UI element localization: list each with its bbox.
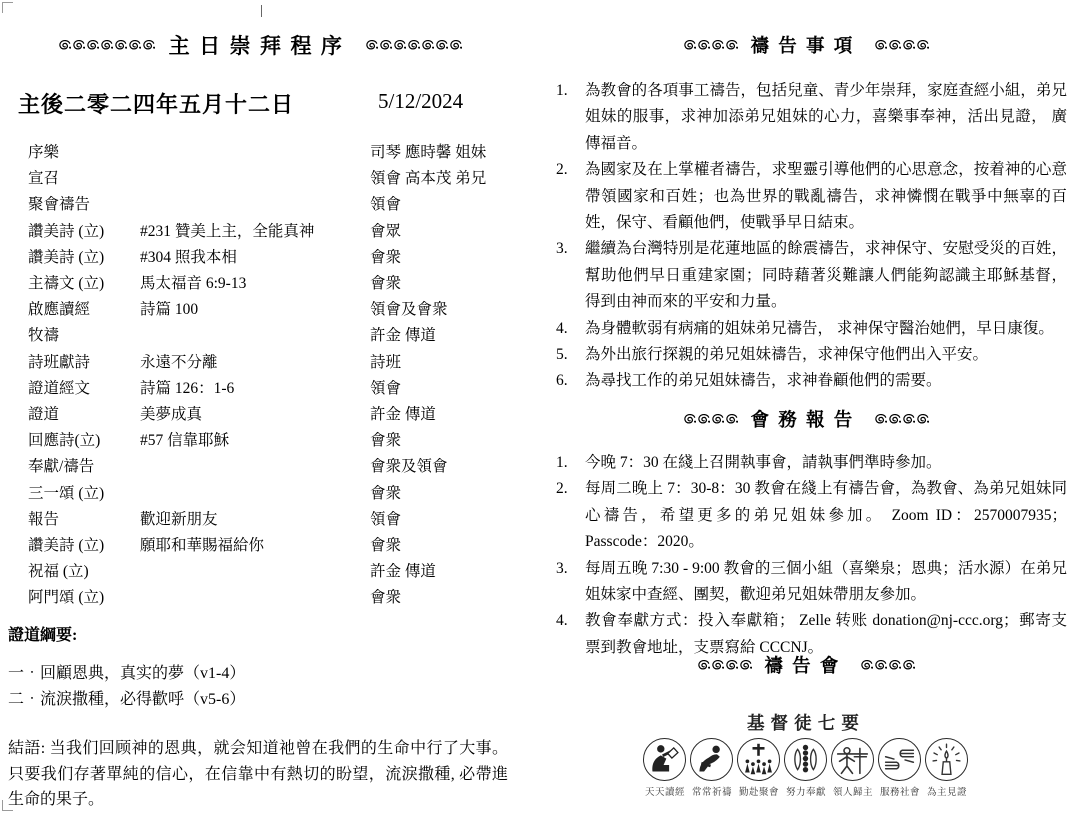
sermon-outline-heading: 證道綱要: [8, 622, 77, 645]
program-who: 司琴 應時馨 姐妹 [370, 140, 512, 166]
table-row: 牧禱許金 傳道 [28, 323, 512, 349]
prayer-items-list: 1.為教會的各項事工禱告，包括兒童、青少年崇拜，家庭查經小組，弟兄姐妹的服事，求… [545, 78, 1067, 395]
list-item: 5.為外出旅行探親的弟兄姐妹禱告，求神保守他們出入平安。 [545, 342, 1067, 368]
swirl-ornament-row [874, 39, 929, 51]
swirl-ornament-icon [365, 39, 378, 51]
item-number: 1. [545, 78, 585, 157]
swirl-ornament-icon [100, 39, 113, 51]
program-detail: #231 贊美上主，全能真神 [140, 219, 370, 245]
program-detail [140, 454, 370, 480]
swirl-ornament-icon [449, 39, 462, 51]
section-title: 禱告事項 [750, 32, 861, 58]
swirl-ornament-row [683, 413, 738, 425]
seven-item [831, 738, 876, 781]
swirl-ornament-icon [725, 39, 738, 51]
swirl-ornament-row [697, 659, 752, 671]
bulletin-page: 主日崇拜程序 主後二零二四年五月十二日 5/12/2024 序樂司琴 [0, 0, 1072, 814]
read-bible-icon [643, 738, 686, 781]
program-item: 三一頌 (立) [28, 481, 140, 507]
program-detail [140, 140, 370, 166]
program-who: 領會 高本茂 弟兄 [370, 166, 512, 192]
program-detail [140, 192, 370, 218]
program-who: 領會 [370, 507, 512, 533]
seven-label: 努力奉獻 [784, 784, 829, 798]
program-item: 主禱文 (立) [28, 271, 140, 297]
item-number: 3. [545, 236, 585, 315]
program-detail [140, 323, 370, 349]
swirl-ornament-icon [739, 659, 752, 671]
swirl-ornament-icon [697, 413, 710, 425]
seven-item [643, 738, 688, 781]
program-detail: #57 信靠耶穌 [140, 428, 370, 454]
list-item: 2.每周二晚上 7：30-8：30 教會在綫上有禱告會，為教會、為弟兄姐妹同心禱… [545, 476, 1067, 555]
swirl-ornament-icon [114, 39, 127, 51]
item-number: 2. [545, 157, 585, 236]
table-row: 三一頌 (立)會衆 [28, 481, 512, 507]
swirl-ornament-icon [860, 659, 873, 671]
offering-icon [784, 738, 827, 781]
swirl-ornament-icon [435, 39, 448, 51]
table-row: 宣召領會 高本茂 弟兄 [28, 166, 512, 192]
swirl-ornament-row [365, 39, 462, 51]
worship-program-table: 序樂司琴 應時馨 姐妹 宣召領會 高本茂 弟兄 聚會禱告領會 讚美詩 (立)#2… [28, 140, 512, 612]
item-text: 為尋找工作的弟兄姐妹禱告，求神眷顧他們的需要。 [585, 368, 1067, 394]
list-item: 1.為教會的各項事工禱告，包括兒童、青少年崇拜，家庭查經小組，弟兄姐妹的服事，求… [545, 78, 1067, 157]
swirl-ornament-icon [874, 659, 887, 671]
seven-label: 天天讀經 [643, 784, 688, 798]
item-number: 2. [545, 476, 585, 555]
seven-essentials-icons [545, 738, 1067, 781]
program-item: 報告 [28, 507, 140, 533]
announcements-column: 禱告事項 1.為教會的各項事工禱告，包括兒童、青少年崇拜，家庭查經小組，弟兄姐妹… [545, 0, 1067, 814]
seven-essentials-title: 基督徒七要 [545, 710, 1067, 735]
table-row: 詩班獻詩永遠不分離詩班 [28, 350, 512, 376]
table-row: 證道經文詩篇 126：1-6領會 [28, 376, 512, 402]
program-detail: 願耶和華賜福給你 [140, 533, 370, 559]
sermon-outline-points: 一‧回顧恩典，真实的夢（v1-4） 二‧流淚撒種，必得歡呼（v5-6） [8, 661, 245, 713]
swirl-ornament-icon [86, 39, 99, 51]
seven-item [878, 738, 923, 781]
swirl-ornament-icon [888, 659, 901, 671]
program-detail: 歡迎新朋友 [140, 507, 370, 533]
program-detail [140, 166, 370, 192]
program-who: 會衆 [370, 245, 512, 271]
prayer-meeting-header: 禱告會 [545, 652, 1067, 678]
item-text: 每周二晚上 7：30-8：30 教會在綫上有禱告會，為教會、為弟兄姐妹同心禱告，… [585, 476, 1067, 555]
seven-item [737, 738, 782, 781]
date-numeric: 5/12/2024 [378, 89, 463, 114]
section-title: 會務報告 [750, 406, 861, 432]
program-who: 領會 [370, 376, 512, 402]
table-row: 讚美詩 (立)願耶和華賜福給你會衆 [28, 533, 512, 559]
program-item: 牧禱 [28, 323, 140, 349]
program-who: 領會及會衆 [370, 297, 512, 323]
seven-essentials-labels: 天天讀經 常常祈禱 勤赴聚會 努力奉獻 領人歸主 服務社會 為主見證 [545, 784, 1067, 798]
program-item: 證道經文 [28, 376, 140, 402]
table-row: 奉獻/禱告會衆及領會 [28, 454, 512, 480]
table-row: 證道美夢成真許金 傳道 [28, 402, 512, 428]
item-text: 為外出旅行探親的弟兄姐妹禱告，求神保守他們出入平安。 [585, 342, 1067, 368]
program-who: 會衆 [370, 428, 512, 454]
seven-item [690, 738, 735, 781]
swirl-ornament-icon [902, 659, 915, 671]
swirl-ornament-icon [58, 39, 71, 51]
table-row: 回應詩(立)#57 信靠耶穌會衆 [28, 428, 512, 454]
program-item: 回應詩(立) [28, 428, 140, 454]
swirl-ornament-icon [711, 413, 724, 425]
item-number: 5. [545, 342, 585, 368]
pray-icon [690, 738, 733, 781]
lead-to-lord-icon [831, 738, 874, 781]
swirl-ornament-icon [683, 39, 696, 51]
date-row: 主後二零二四年五月十二日 5/12/2024 [18, 88, 498, 119]
table-row: 祝福 (立)許金 傳道 [28, 559, 512, 585]
list-item: 4.為身體軟弱有病痛的姐妹弟兄禱告， 求神保守醫治她們，早日康復。 [545, 316, 1067, 342]
program-item: 序樂 [28, 140, 140, 166]
list-item: 6.為尋找工作的弟兄姐妹禱告，求神眷顧他們的需要。 [545, 368, 1067, 394]
program-detail [140, 559, 370, 585]
table-row: 聚會禱告領會 [28, 192, 512, 218]
section-title: 禱告會 [764, 652, 847, 678]
swirl-ornament-icon [725, 413, 738, 425]
seven-item [925, 738, 970, 781]
swirl-ornament-row [683, 39, 738, 51]
program-item: 聚會禱告 [28, 192, 140, 218]
swirl-ornament-icon [916, 39, 929, 51]
table-row: 序樂司琴 應時馨 姐妹 [28, 140, 512, 166]
sermon-point: 二‧流淚撒種，必得歡呼（v5-6） [8, 687, 245, 713]
table-row: 主禱文 (立)馬太福音 6:9-13會衆 [28, 271, 512, 297]
item-text: 為教會的各項事工禱告，包括兒童、青少年崇拜，家庭查經小組，弟兄姐妹的服事，求神加… [585, 78, 1067, 157]
item-number: 6. [545, 368, 585, 394]
serve-society-icon [878, 738, 921, 781]
witness-icon [925, 738, 968, 781]
swirl-ornament-icon [683, 413, 696, 425]
swirl-ornament-icon [379, 39, 392, 51]
table-row: 啟應讀經詩篇 100領會及會衆 [28, 297, 512, 323]
date-chinese: 主後二零二四年五月十二日 [18, 92, 294, 117]
program-item: 讚美詩 (立) [28, 219, 140, 245]
item-text: 繼續為台灣特別是花蓮地區的餘震禱告，求神保守、安慰受災的百姓，幫助他們早日重建家… [585, 236, 1067, 315]
item-number: 3. [545, 556, 585, 609]
page-title: 主日崇拜程序 [169, 30, 352, 60]
item-text: 今晚 7：30 在綫上召開執事會，請執事們準時參加。 [585, 450, 1067, 476]
program-who: 許金 傳道 [370, 323, 512, 349]
program-item: 啟應讀經 [28, 297, 140, 323]
program-detail: #304 照我本相 [140, 245, 370, 271]
table-row: 報告歡迎新朋友領會 [28, 507, 512, 533]
swirl-ornament-icon [902, 413, 915, 425]
christian-seven-essentials: 基督徒七要 [545, 710, 1067, 798]
seven-item [784, 738, 829, 781]
program-item: 證道 [28, 402, 140, 428]
program-detail: 馬太福音 6:9-13 [140, 271, 370, 297]
worship-order-header: 主日崇拜程序 [8, 30, 512, 60]
swirl-ornament-icon [902, 39, 915, 51]
item-number: 1. [545, 450, 585, 476]
list-item: 1.今晚 7：30 在綫上召開執事會，請執事們準時參加。 [545, 450, 1067, 476]
sermon-conclusion: 結語: 当我们回顾神的恩典，就会知道祂曾在我們的生命中行了大事。只要我们存著單純… [8, 736, 508, 813]
swirl-ornament-icon [874, 39, 887, 51]
program-detail: 美夢成真 [140, 402, 370, 428]
list-item: 2.為國家及在上掌權者禱告，求聖靈引導他們的心思意念，按着神的心意帶領國家和百姓… [545, 157, 1067, 236]
item-number: 4. [545, 316, 585, 342]
seven-label: 為主見證 [925, 784, 970, 798]
swirl-ornament-row [874, 413, 929, 425]
program-item: 詩班獻詩 [28, 350, 140, 376]
item-text: 為身體軟弱有病痛的姐妹弟兄禱告， 求神保守醫治她們，早日康復。 [585, 316, 1067, 342]
program-who: 會衆 [370, 271, 512, 297]
swirl-ornament-icon [142, 39, 155, 51]
program-item: 奉獻/禱告 [28, 454, 140, 480]
swirl-ornament-icon [407, 39, 420, 51]
church-affairs-list: 1.今晚 7：30 在綫上召開執事會，請執事們準時參加。 2.每周二晚上 7：3… [545, 450, 1067, 661]
program-who: 會衆及領會 [370, 454, 512, 480]
swirl-ornament-icon [711, 659, 724, 671]
swirl-ornament-icon [888, 413, 901, 425]
swirl-ornament-icon [72, 39, 85, 51]
swirl-ornament-row [58, 39, 155, 51]
program-who: 詩班 [370, 350, 512, 376]
table-row: 讚美詩 (立)#231 贊美上主，全能真神會眾 [28, 219, 512, 245]
swirl-ornament-icon [711, 39, 724, 51]
list-item: 3.每周五晚 7:30 - 9:00 教會的三個小組（喜樂泉；恩典；活水源）在弟… [545, 556, 1067, 609]
swirl-ornament-icon [916, 413, 929, 425]
seven-label: 常常祈禱 [690, 784, 735, 798]
program-who: 會眾 [370, 219, 512, 245]
program-who: 領會 [370, 192, 512, 218]
program-item: 阿門頌 (立) [28, 585, 140, 611]
program-item: 宣召 [28, 166, 140, 192]
sermon-point: 一‧回顧恩典，真实的夢（v1-4） [8, 661, 245, 687]
swirl-ornament-row [860, 659, 915, 671]
prayer-items-header: 禱告事項 [545, 32, 1067, 58]
swirl-ornament-icon [874, 413, 887, 425]
table-row: 讚美詩 (立)#304 照我本相會衆 [28, 245, 512, 271]
item-text: 為國家及在上掌權者禱告，求聖靈引導他們的心思意念，按着神的心意帶領國家和百姓；也… [585, 157, 1067, 236]
program-detail [140, 585, 370, 611]
swirl-ornament-icon [393, 39, 406, 51]
program-detail: 詩篇 126：1-6 [140, 376, 370, 402]
seven-label: 服務社會 [878, 784, 923, 798]
list-item: 3.繼續為台灣特別是花蓮地區的餘震禱告，求神保守、安慰受災的百姓，幫助他們早日重… [545, 236, 1067, 315]
swirl-ornament-icon [128, 39, 141, 51]
program-who: 許金 傳道 [370, 559, 512, 585]
program-detail [140, 481, 370, 507]
program-item: 讚美詩 (立) [28, 245, 140, 271]
program-who: 許金 傳道 [370, 402, 512, 428]
seven-label: 勤赴聚會 [737, 784, 782, 798]
seven-label: 領人歸主 [831, 784, 876, 798]
program-detail: 詩篇 100 [140, 297, 370, 323]
item-text: 每周五晚 7:30 - 9:00 教會的三個小組（喜樂泉；恩典；活水源）在弟兄姐… [585, 556, 1067, 609]
swirl-ornament-icon [697, 39, 710, 51]
swirl-ornament-icon [725, 659, 738, 671]
program-who: 會衆 [370, 481, 512, 507]
program-item: 祝福 (立) [28, 559, 140, 585]
swirl-ornament-icon [421, 39, 434, 51]
attend-meeting-icon [737, 738, 780, 781]
church-affairs-header: 會務報告 [545, 406, 1067, 432]
program-detail: 永遠不分離 [140, 350, 370, 376]
program-item: 讚美詩 (立) [28, 533, 140, 559]
swirl-ornament-icon [697, 659, 710, 671]
program-who: 會衆 [370, 585, 512, 611]
program-who: 會衆 [370, 533, 512, 559]
table-row: 阿門頌 (立)會衆 [28, 585, 512, 611]
swirl-ornament-icon [888, 39, 901, 51]
worship-order-column: 主日崇拜程序 主後二零二四年五月十二日 5/12/2024 序樂司琴 [8, 0, 512, 814]
